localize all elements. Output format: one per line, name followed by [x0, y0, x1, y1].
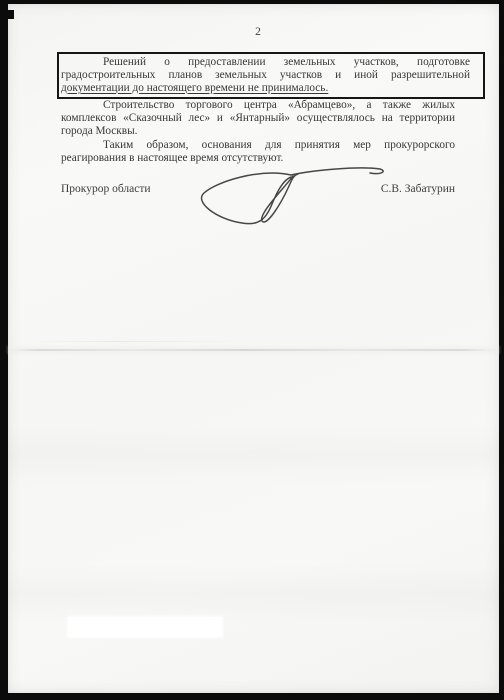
body-paragraphs: Строительство торгового центра «Абрамцев…	[61, 99, 455, 165]
text-line: города Москвы.	[61, 125, 455, 138]
signatory-title: Прокурор области	[61, 183, 151, 195]
document-page: 2 Решений о предоставлении земельных уча…	[8, 4, 499, 693]
text-line: комплексов «Сказочный лес» и «Янтарный» …	[61, 112, 455, 125]
scan-black-border: 2 Решений о предоставлении земельных уча…	[0, 0, 504, 700]
scan-shading	[8, 564, 499, 624]
text-line: документации до настоящего времени не пр…	[61, 82, 470, 95]
text-line: Строительство торгового центра «Абрамцев…	[61, 99, 455, 112]
paper-fold-crease	[8, 349, 499, 351]
text-line: Таким образом, основания для принятия ме…	[61, 139, 455, 152]
redaction-box	[68, 617, 222, 637]
text-line: Решений о предоставлении земельных участ…	[61, 56, 470, 69]
highlighted-boxed-paragraph: Решений о предоставлении земельных участ…	[57, 52, 485, 99]
signature-icon	[194, 164, 404, 232]
scan-shading	[8, 424, 499, 484]
paper-fold-crease-minor	[28, 341, 248, 342]
scan-edge-notch	[8, 10, 14, 19]
page-number: 2	[61, 26, 455, 38]
text-line: градостроительных планов земельных участ…	[61, 69, 470, 82]
